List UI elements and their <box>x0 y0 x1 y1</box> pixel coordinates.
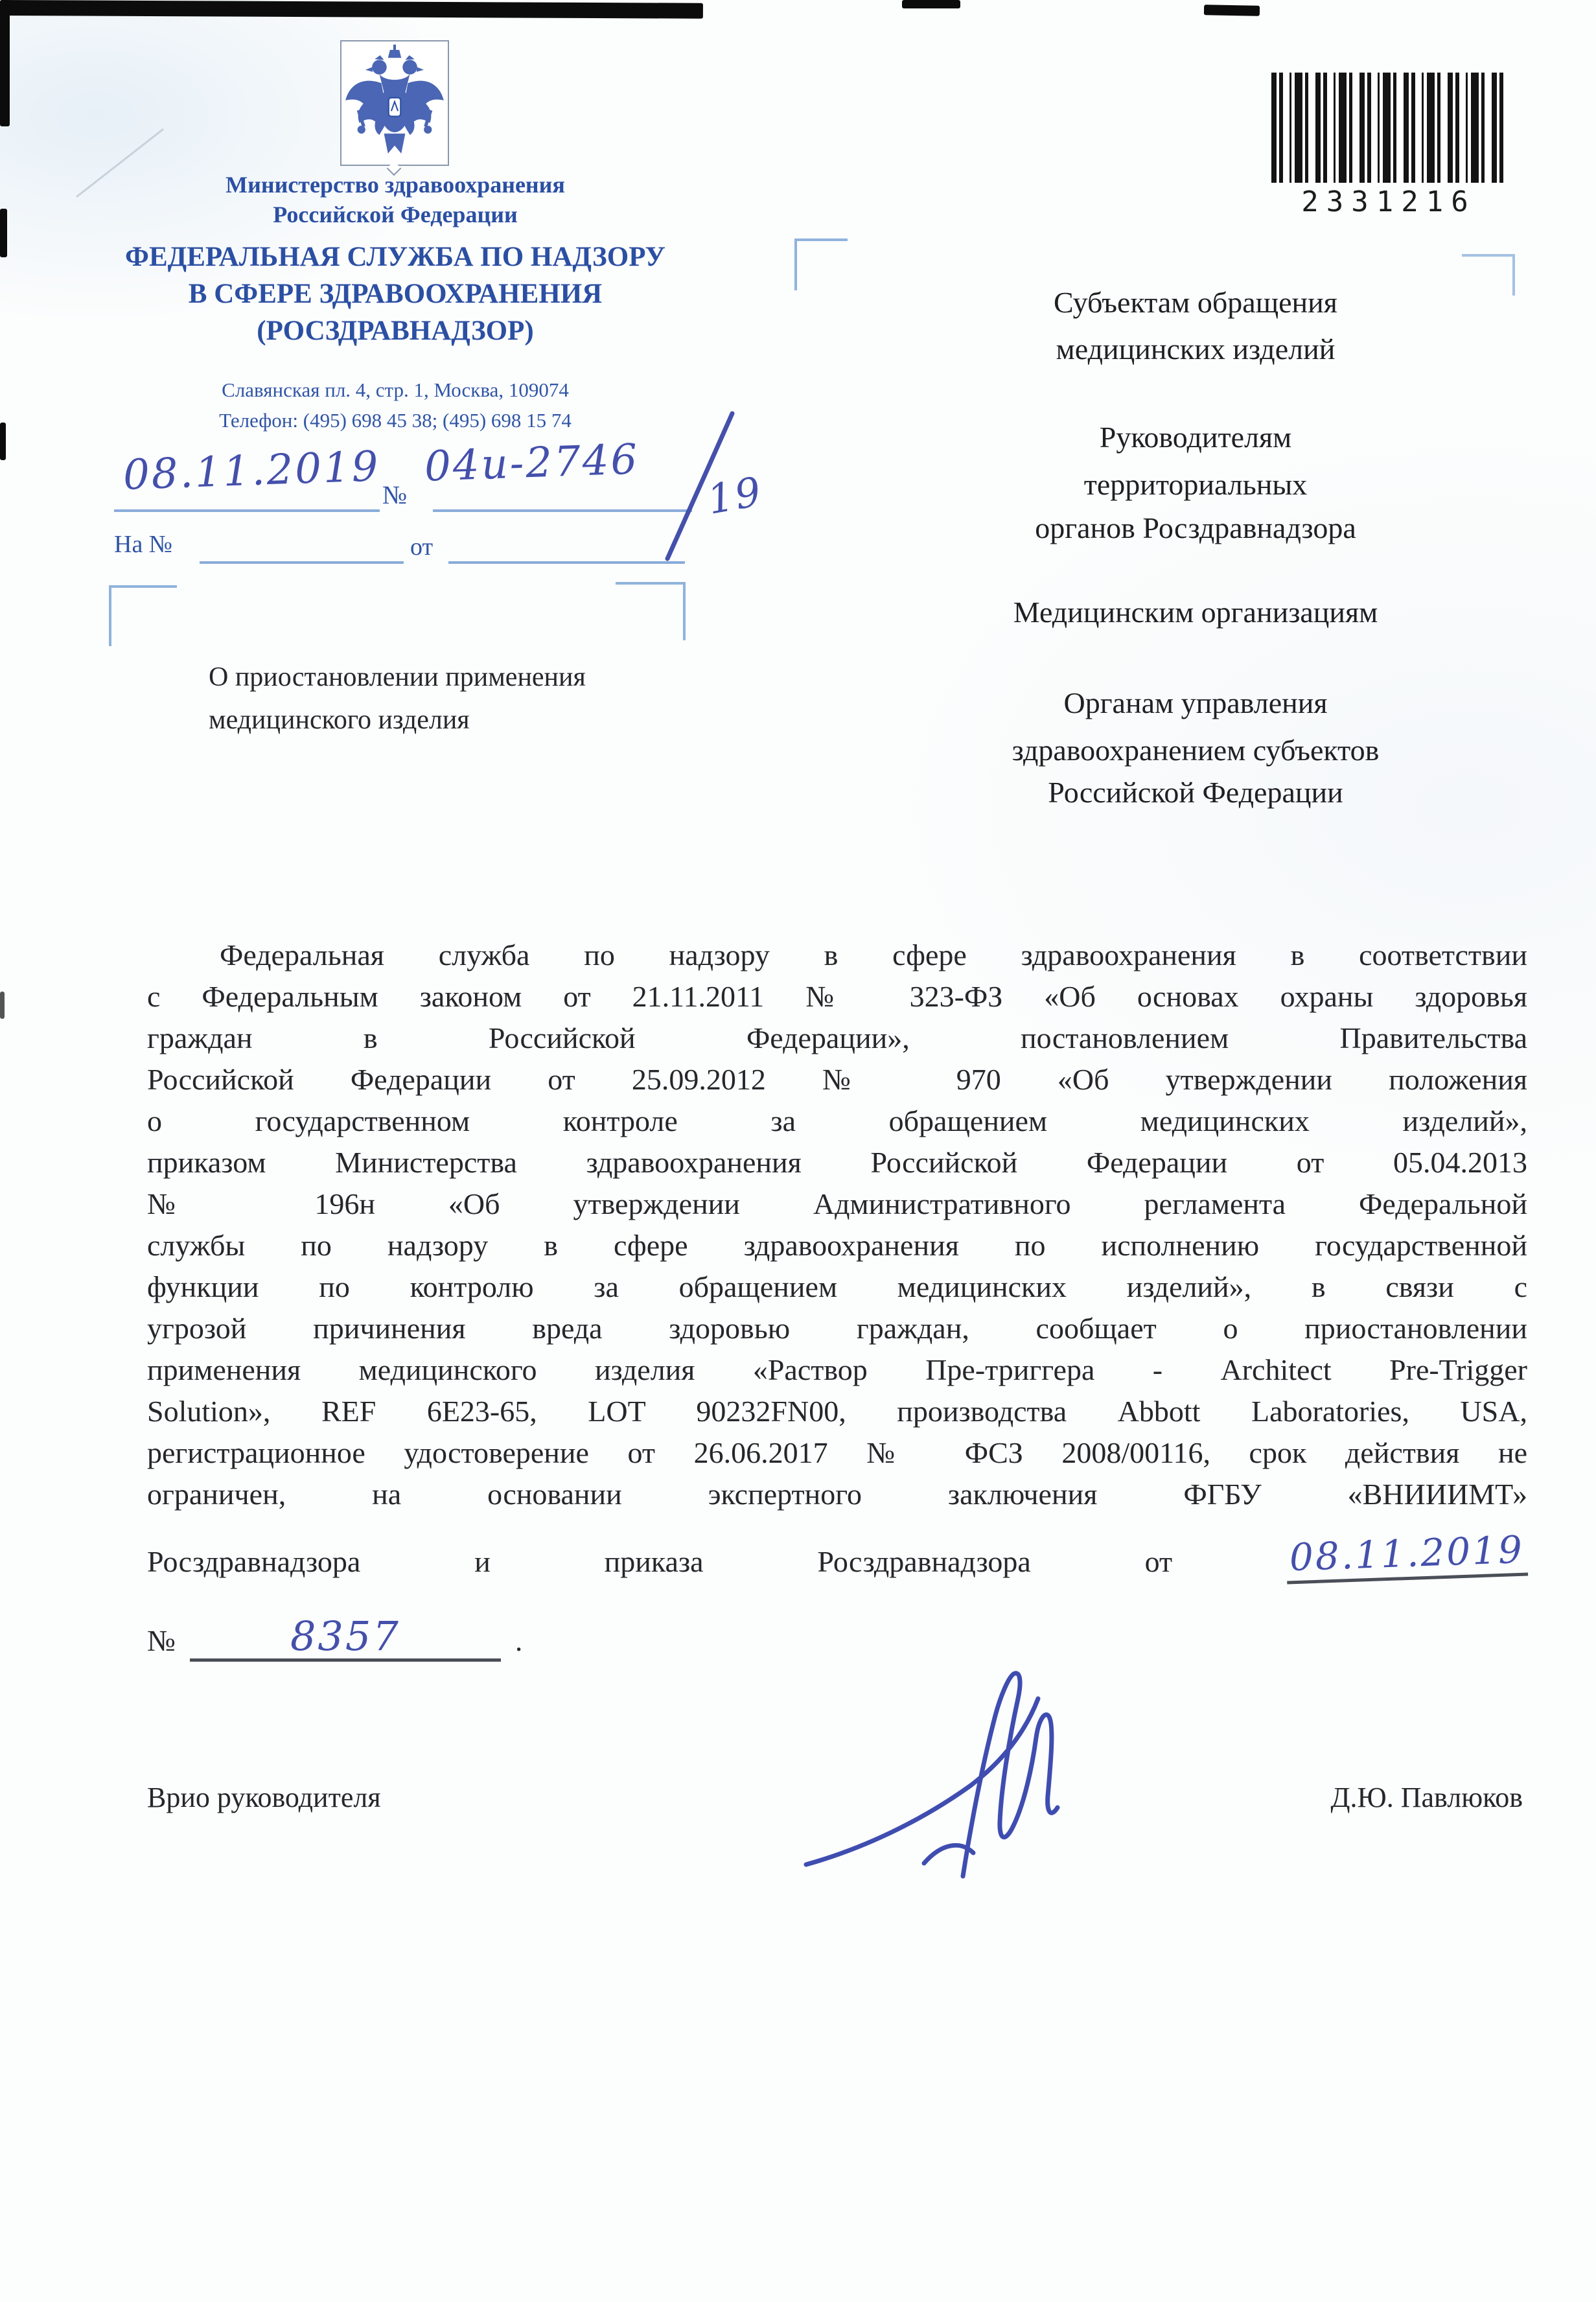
body-line: приказом Министерства здравоохранения Ро… <box>147 1142 1527 1183</box>
subject-line: О приостановлении применения <box>209 656 792 699</box>
sender-address: Славянская пл. 4, стр. 1, Москва, 109074 <box>87 375 703 405</box>
scan-artifact-top-mark <box>902 0 960 8</box>
russian-coat-of-arms-icon <box>341 41 448 165</box>
outgoing-number-suffix-handwritten: 19 <box>704 467 766 524</box>
body-word: от <box>1145 1541 1173 1583</box>
scan-artifact-left-edge <box>0 209 7 257</box>
period: . <box>515 1620 523 1662</box>
service-line: (РОСЗДРАВНАДЗОР) <box>78 312 713 349</box>
subject-corner-bracket-right <box>616 582 686 640</box>
recipient-line: здравоохранением субъектов <box>836 733 1555 767</box>
body-line: службы по надзору в сфере здравоохранени… <box>147 1225 1527 1266</box>
number-sign-label: № <box>147 1620 176 1662</box>
order-number-handwritten: 8357 <box>190 1616 501 1662</box>
body-line: угрозой причинения вреда здоровью гражда… <box>147 1308 1527 1349</box>
subject-corner-bracket-left <box>109 585 177 646</box>
service-line: В СФЕРЕ ЗДРАВООХРАНЕНИЯ <box>78 275 713 312</box>
body-line-with-handwritten-number: № 8357 . <box>147 1594 1527 1662</box>
body-word: и <box>474 1541 491 1583</box>
ministry-line: Министерство здравоохранения <box>87 170 703 200</box>
reply-number-underline <box>200 561 404 564</box>
ministry-header: Министерство здравоохранения Российской … <box>87 170 703 229</box>
body-word: Росздравнадзора <box>817 1541 1030 1583</box>
body-line: ограничен, на основании экспертного закл… <box>147 1474 1527 1515</box>
body-line: с Федеральным законом от 21.11.2011 № 32… <box>147 976 1527 1017</box>
reply-date-underline <box>448 561 685 564</box>
scan-artifact-top-mark <box>1204 5 1260 16</box>
scan-artifact-left-edge <box>0 992 5 1019</box>
ministry-line: Российской Федерации <box>87 200 703 229</box>
recipient-line: медицинских изделий <box>836 332 1555 366</box>
outgoing-number-handwritten: 04и-2746 <box>424 436 640 491</box>
body-line: Федеральная служба по надзору в сфере зд… <box>147 935 1527 976</box>
outgoing-date-handwritten: 08.11.2019 <box>122 443 381 500</box>
barcode-number: 2331216 <box>1271 185 1506 218</box>
body-line: регистрационное удостоверение от 26.06.2… <box>147 1432 1527 1474</box>
scan-artifact-top-bar <box>0 0 703 19</box>
recipient-line: Российской Федерации <box>836 775 1555 809</box>
recipient-line: Медицинским организациям <box>836 595 1555 629</box>
reply-reference-label: На № <box>114 530 172 559</box>
coat-of-arms-frame <box>340 40 449 166</box>
reply-from-label: от <box>410 533 433 561</box>
scanned-letter-page: Министерство здравоохранения Российской … <box>0 0 1596 2302</box>
body-line: Solution», REF 6E23-65, LOT 90232FN00, п… <box>147 1391 1527 1432</box>
body-line: Российской Федерации от 25.09.2012 № 970… <box>147 1059 1527 1100</box>
subject-block: О приостановлении применения медицинског… <box>209 656 792 741</box>
body-word: приказа <box>605 1541 704 1583</box>
body-line: о государственном контроле за обращением… <box>147 1100 1527 1142</box>
addressee-corner-bracket-left <box>794 238 848 290</box>
body-paragraph: Федеральная служба по надзору в сфере зд… <box>147 935 1527 1662</box>
recipient-line: Руководителям <box>836 420 1555 454</box>
recipient-line: органов Росздравнадзора <box>836 511 1555 545</box>
order-date-handwritten: 08.11.2019 <box>1286 1529 1528 1585</box>
body-line: № 196н «Об утверждении Административного… <box>147 1183 1527 1225</box>
scan-artifact-left-edge <box>0 0 10 126</box>
sender-phone: Телефон: (495) 698 45 38; (495) 698 15 7… <box>87 405 703 436</box>
body-line: функции по контролю за обращением медици… <box>147 1266 1527 1308</box>
subject-line: медицинского изделия <box>209 699 792 741</box>
service-header: ФЕДЕРАЛЬНАЯ СЛУЖБА ПО НАДЗОРУ В СФЕРЕ ЗД… <box>78 238 713 349</box>
recipient-line: Органам управления <box>836 686 1555 720</box>
sender-contacts: Славянская пл. 4, стр. 1, Москва, 109074… <box>87 375 703 436</box>
date-underline <box>114 509 380 512</box>
body-line: применения медицинского изделия «Раствор… <box>147 1349 1527 1391</box>
body-word: Росздравнадзора <box>147 1541 360 1583</box>
recipient-line: территориальных <box>836 467 1555 502</box>
scan-artifact-left-edge <box>0 423 6 460</box>
recipient-line: Субъектам обращения <box>836 285 1555 320</box>
handwritten-signature <box>797 1662 1102 1883</box>
barcode-icon <box>1271 73 1506 183</box>
body-line: граждан в Российской Федерации», постано… <box>147 1017 1527 1059</box>
signer-position: Врио руководителя <box>147 1781 381 1814</box>
signer-name: Д.Ю. Павлюков <box>1199 1781 1523 1814</box>
number-sign-label: № <box>382 480 407 510</box>
body-line-with-handwritten-date: Росздравнадзора и приказа Росздравнадзор… <box>147 1523 1527 1583</box>
service-line: ФЕДЕРАЛЬНАЯ СЛУЖБА ПО НАДЗОРУ <box>78 238 713 275</box>
